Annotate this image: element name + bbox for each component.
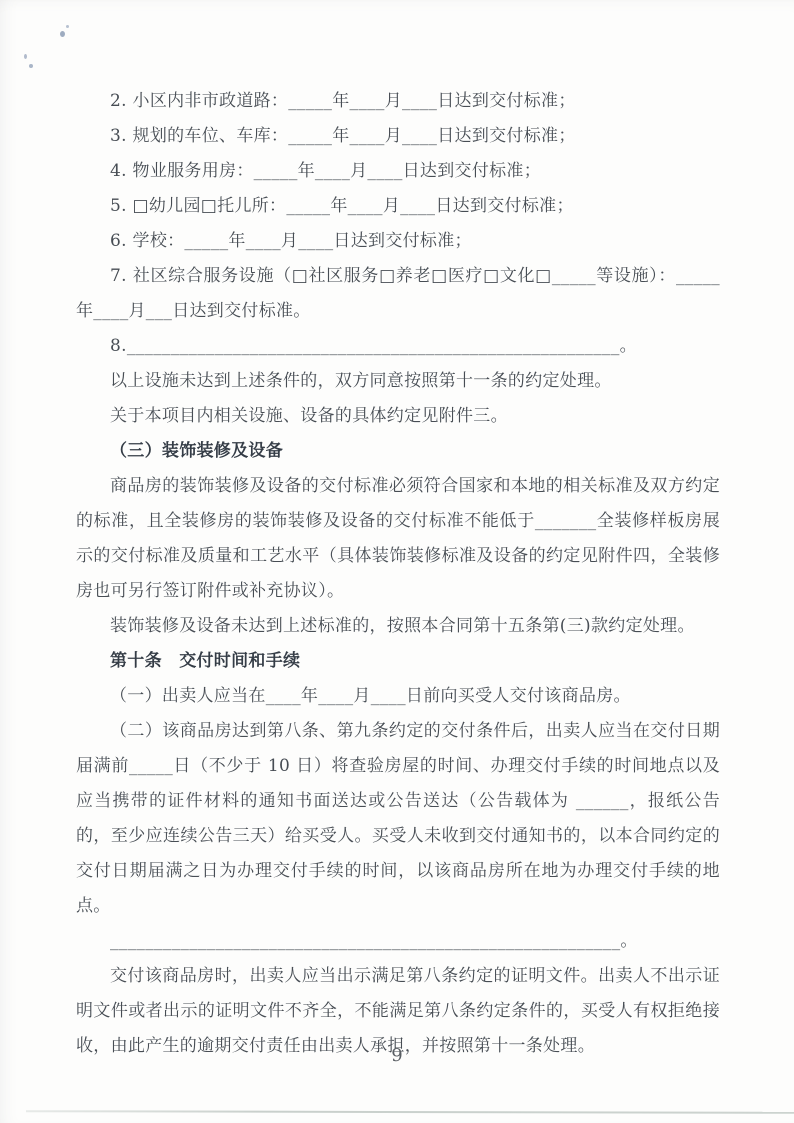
contract-body: 2. 小区内非市政道路：_____年____月____日达到交付标准； 3. 规… (76, 84, 720, 1064)
scanned-contract-page: 2. 小区内非市政道路：_____年____月____日达到交付标准； 3. 规… (0, 0, 794, 1123)
facilities-attachment-note: 关于本项目内相关设施、设备的具体约定见附件三。 (76, 399, 720, 434)
blank-fill-line: ________________________________________… (76, 924, 720, 959)
facility-item-6: 6. 学校：_____年____月____日达到交付标准； (76, 224, 720, 259)
facility-item-3: 3. 规划的车位、车库：_____年____月____日达到交付标准； (76, 119, 720, 154)
scan-speck (29, 64, 33, 68)
facility-item-7: 7. 社区综合服务设施（□社区服务□养老□医疗□文化□_____等设施）：___… (76, 259, 720, 329)
facilities-fallback-clause: 以上设施未达到上述条件的，双方同意按照第十一条的约定处理。 (76, 364, 720, 399)
facility-item-5: 5. □幼儿园□托儿所：_____年____月____日达到交付标准； (76, 189, 720, 224)
article-10-clause-1: （一）出卖人应当在____年____月____日前向买受人交付该商品房。 (76, 679, 720, 714)
scan-speck (60, 31, 65, 37)
facility-item-8-blank-line: 8.______________________________________… (76, 329, 720, 364)
decoration-fallback-clause: 装饰装修及设备未达到上述标准的，按照本合同第十五条第(三)款约定处理。 (76, 609, 720, 644)
article-10-heading: 第十条 交付时间和手续 (76, 644, 720, 679)
facility-item-2: 2. 小区内非市政道路：_____年____月____日达到交付标准； (76, 84, 720, 119)
scan-speck (66, 25, 69, 28)
section-3-heading: （三）装饰装修及设备 (76, 434, 720, 469)
article-10-clause-2: （二）该商品房达到第八条、第九条约定的交付条件后，出卖人应当在交付日期届满前__… (76, 714, 720, 924)
decoration-standard-paragraph: 商品房的装饰装修及设备的交付标准必须符合国家和本地的相关标准及双方约定的标准，且… (76, 469, 720, 609)
facility-item-4: 4. 物业服务用房：_____年____月____日达到交付标准； (76, 154, 720, 189)
scan-page-edge (26, 1110, 794, 1114)
scan-speck (24, 54, 27, 59)
page-number: 9 (0, 1038, 794, 1073)
